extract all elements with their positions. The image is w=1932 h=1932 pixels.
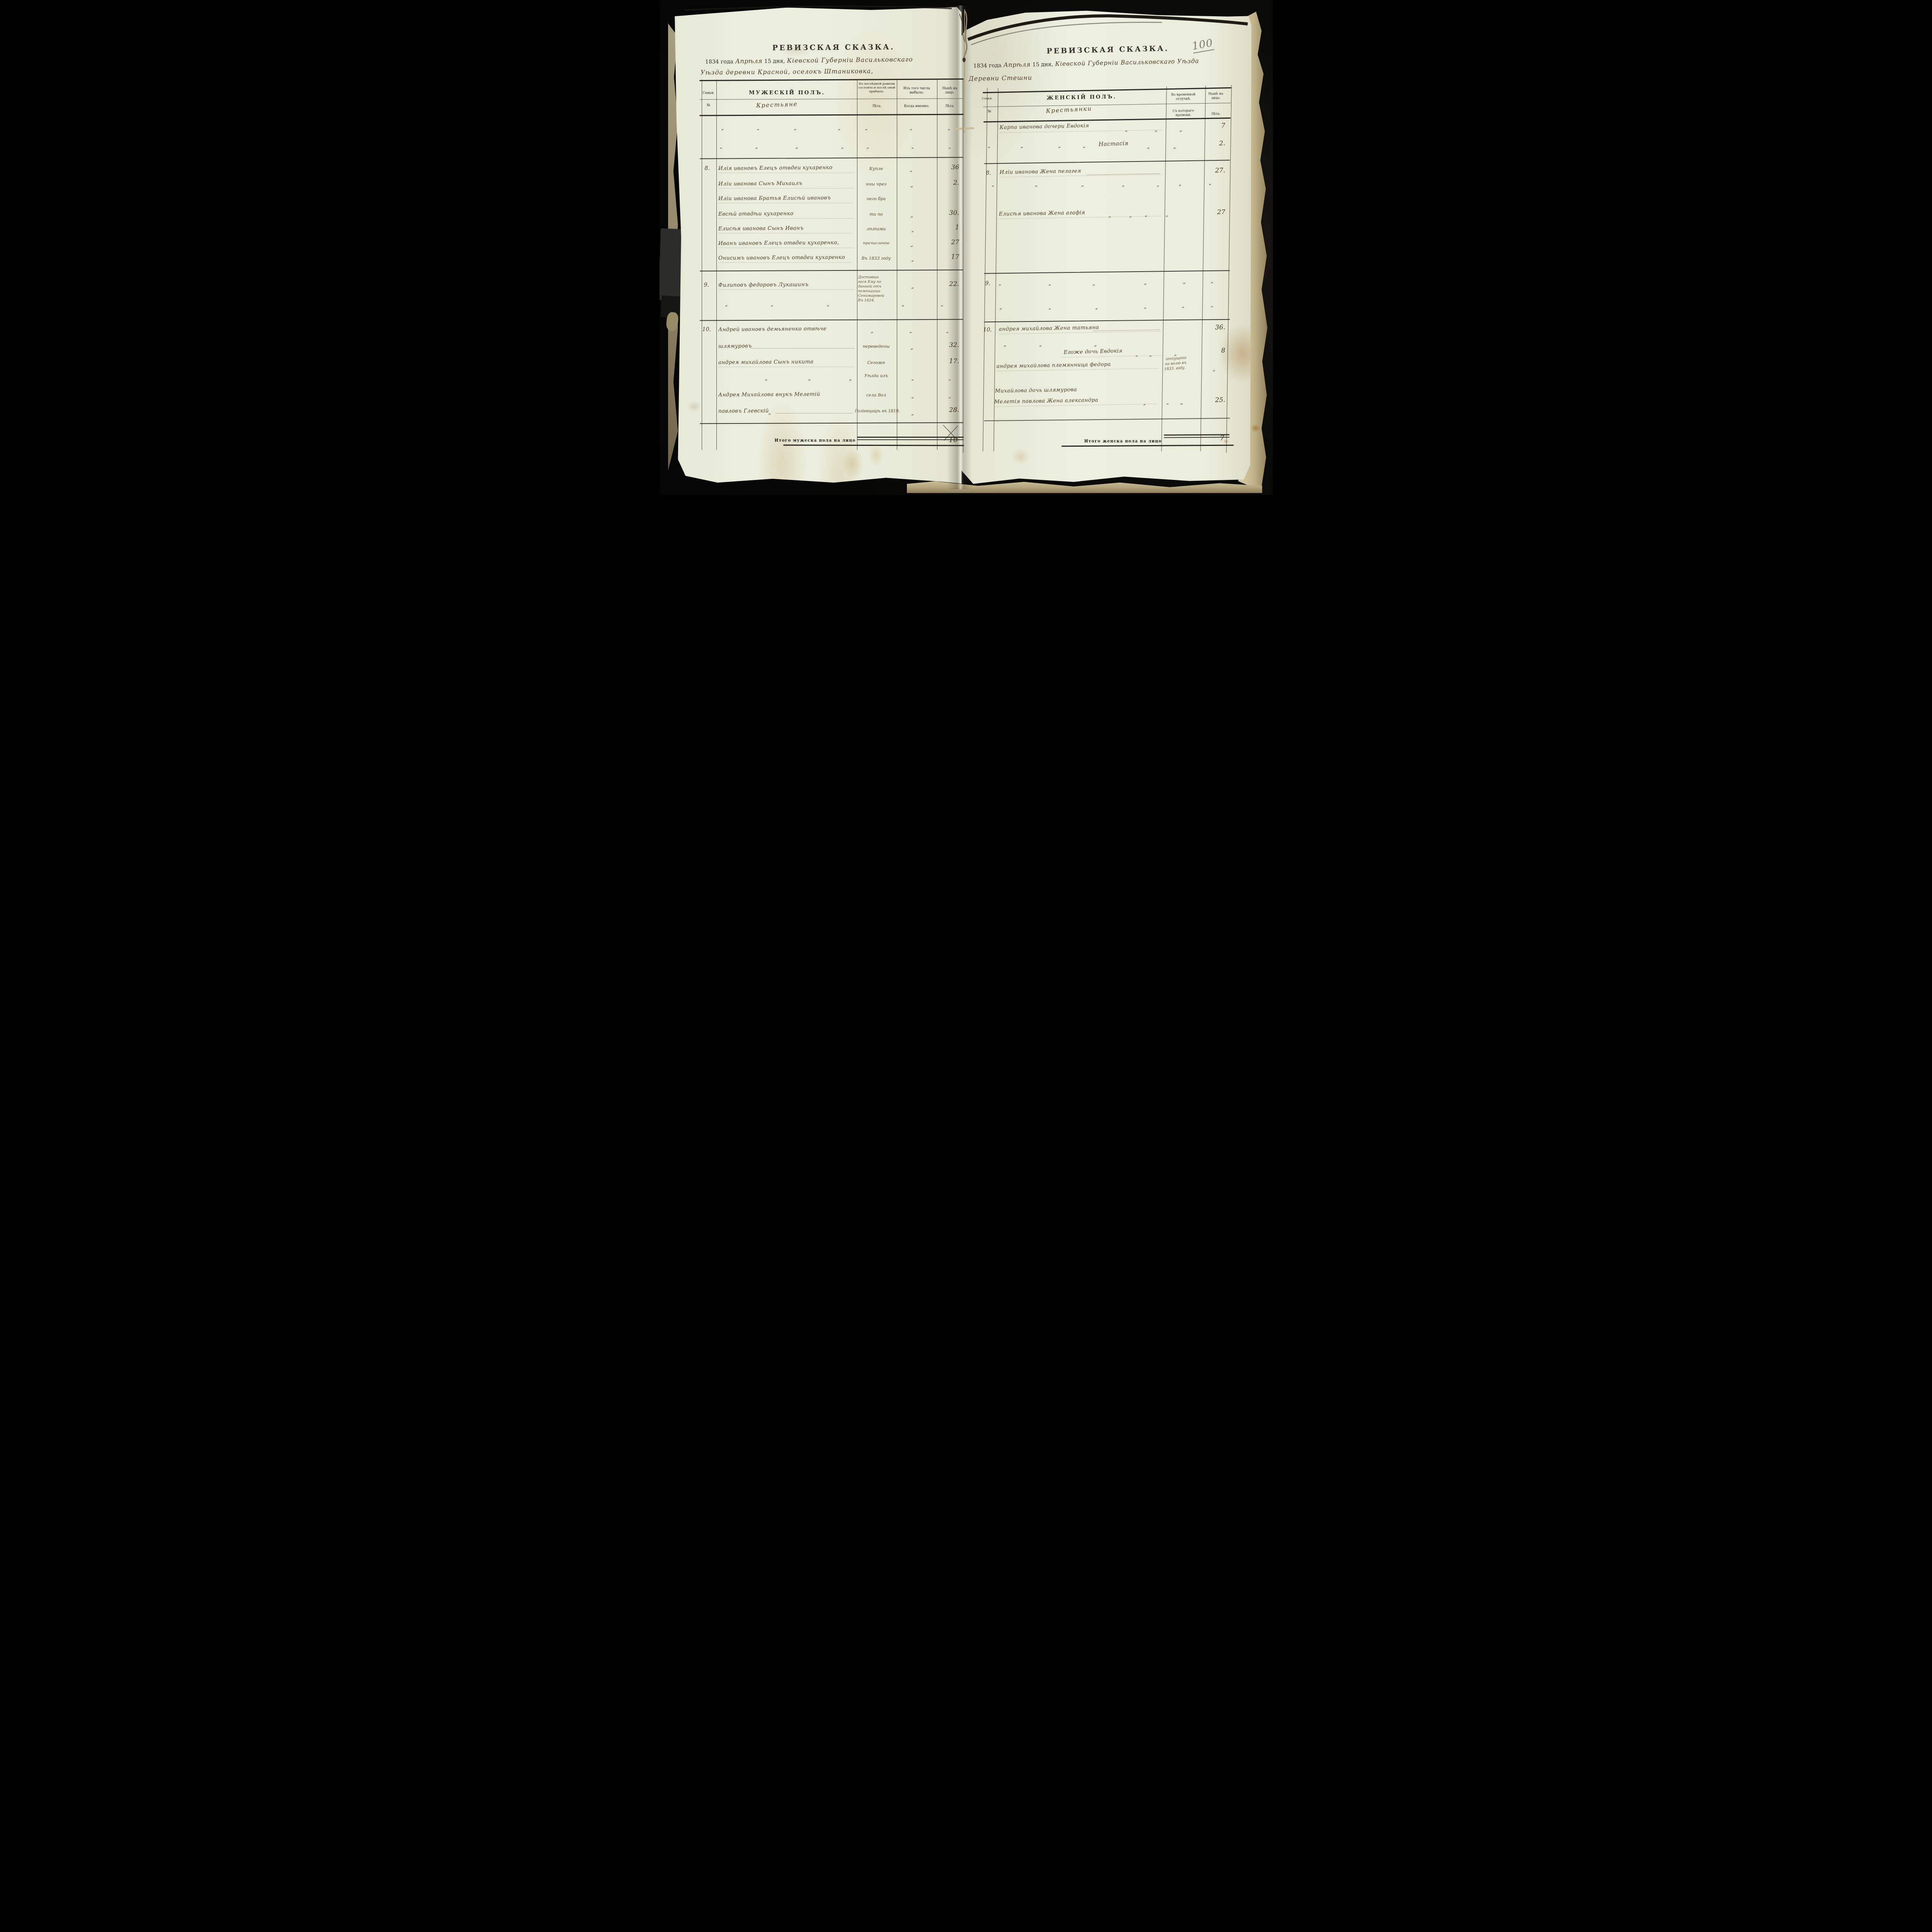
family9-note-line: Сенимаровой: [858, 294, 895, 298]
census-entry-name: шлямуровъ: [718, 343, 752, 349]
census-entry-name: павловъ Глевскій: [718, 408, 769, 414]
ditto-mark: „: [1180, 400, 1183, 405]
family9-note-line: Въ 1824.: [858, 298, 895, 303]
ditto-mark: „: [912, 257, 914, 262]
left-col-sex: МУЖЕСКІЙ ПОЛЪ.: [718, 90, 856, 96]
ditto-mark: „: [1083, 143, 1086, 149]
ditto-mark: „: [949, 144, 951, 150]
entry-age: 32.: [937, 341, 959, 349]
ditto-mark: „: [1109, 213, 1111, 218]
entry-note: ти по: [859, 212, 894, 217]
family9-note-line: гося Ему по: [858, 280, 895, 284]
entry-age: 25.: [1202, 396, 1225, 404]
ditto-mark: „: [1058, 143, 1061, 149]
guide-line: [718, 233, 852, 233]
left-date-day: 15 дня,: [764, 58, 785, 65]
entry-age: 36: [937, 163, 959, 171]
ditto-mark: „: [1179, 181, 1182, 187]
ditto-mark: „: [912, 227, 914, 233]
ditto-mark: „: [1213, 366, 1216, 372]
ditto-mark: „: [910, 125, 913, 131]
left-col-present: Нынѣ на лицо.: [938, 87, 962, 95]
ditto-mark: „: [871, 328, 874, 334]
ditto-mark: „: [757, 125, 760, 131]
left-col-years1: Лѣта.: [858, 104, 896, 109]
left-col-line-5: [937, 80, 937, 450]
left-col-line-1: [702, 80, 702, 450]
ditto-mark: „: [910, 328, 912, 334]
ditto-mark: „: [1182, 303, 1185, 309]
family-number: 9.: [704, 282, 709, 288]
ditto-mark: „: [948, 125, 951, 131]
ditto-mark: „: [1035, 182, 1038, 187]
left-date-region: Кіевской Губерніи Васильковскаго: [787, 56, 913, 64]
entry-note: причисленію: [857, 241, 895, 245]
ditto-mark: „: [949, 376, 951, 381]
left-col-no: №: [701, 104, 716, 108]
census-entry-name: Настасія: [1098, 140, 1128, 148]
right-date-month: Апрѣля: [1003, 61, 1030, 68]
ditto-mark: „: [1000, 304, 1002, 310]
guide-line: [718, 203, 853, 203]
left-footer-total: 10: [935, 436, 958, 444]
entry-note: лѣтами: [859, 226, 894, 231]
ditto-mark: „: [1144, 280, 1147, 286]
ditto-mark: „: [1093, 281, 1095, 286]
family9-note-line: Доставша: [858, 275, 895, 280]
ditto-mark: „: [912, 393, 914, 399]
ditto-mark: „: [838, 125, 841, 131]
guide-line: [718, 248, 854, 248]
guide-line: [718, 188, 854, 189]
ditto-mark: „: [1183, 279, 1186, 285]
ditto-mark: „: [1143, 400, 1146, 406]
right-date-day: 15 дня,: [1032, 61, 1053, 68]
family9-note-line: помѣщицы: [858, 289, 895, 294]
census-entry-name: Андрея Михайлова внукъ Мелетій: [718, 391, 820, 398]
ditto-mark: „: [1136, 352, 1138, 357]
ditto-mark: „: [1167, 400, 1169, 405]
ditto-mark: „: [992, 182, 995, 187]
census-entry-name: Илія ивановъ Елецъ отвдеи кухаренко: [718, 164, 832, 172]
ditto-mark: „: [1157, 182, 1160, 187]
ditto-mark: „: [1145, 212, 1148, 218]
ditto-mark: „: [1039, 342, 1042, 347]
census-entry-name: Елисѣя иванова Сынъ Иванъ: [718, 225, 803, 232]
ditto-mark: „: [911, 242, 913, 248]
ditto-mark: „: [867, 144, 869, 150]
filler-dash: [751, 348, 854, 349]
entry-age: 22.: [937, 280, 959, 287]
right-date-year: 1834 года: [973, 62, 1001, 69]
ditto-mark: „: [988, 143, 991, 149]
ditto-mark: „: [1021, 143, 1024, 149]
entry-age: 27: [937, 238, 959, 246]
right-footer-label: Итого женска пола на лицо: [1076, 439, 1162, 444]
ditto-mark: „: [1049, 281, 1051, 286]
ditto-mark: „: [910, 167, 913, 173]
entry-age: 17.: [937, 357, 959, 365]
right-col-family: Семьи.: [978, 97, 996, 101]
census-entry-name: андрея михайлова Сынъ никита: [718, 359, 813, 366]
entry-note: Уѣзда изъ: [857, 373, 895, 378]
ditto-mark: „: [912, 376, 914, 381]
entry-age: 17: [937, 253, 959, 260]
ditto-mark: „: [1094, 342, 1097, 347]
guide-line: [718, 367, 854, 367]
entry-note: Голіевцицѣ въ 1819.: [855, 409, 898, 413]
census-entry-name: Андрей ивановъ демьяненко отвѣче: [718, 326, 826, 333]
ditto-mark: „: [999, 281, 1002, 286]
left-date-month: Апрѣля: [735, 57, 762, 65]
family-number: 8.: [705, 165, 710, 172]
ditto-mark: „: [911, 213, 913, 218]
ditto-mark: „: [1173, 144, 1176, 150]
left-col-departed: Изъ того числа выбыло.: [898, 87, 936, 95]
ditto-mark: „: [1082, 182, 1084, 187]
guide-line: [718, 173, 854, 173]
right-col-away: Во временной отлучкѣ.: [1164, 92, 1202, 101]
ditto-mark: „: [1166, 212, 1168, 218]
ditto-mark: „: [1174, 351, 1177, 357]
ditto-mark: „: [771, 301, 774, 307]
left-col-when: Когда именно.: [898, 104, 936, 109]
ditto-mark: „: [725, 301, 728, 307]
entry-note: него бра: [859, 196, 894, 201]
ditto-mark: „: [1144, 304, 1147, 310]
census-entry-name: Онисимъ ивановъ Елецъ отвдеи кухаренко: [718, 254, 845, 261]
left-footer-label: Итого мужеска пола на лицо: [771, 438, 856, 443]
entry-note: Сегоже: [857, 360, 895, 365]
guide-line: [718, 262, 851, 263]
ditto-mark: „: [1211, 278, 1214, 284]
guide-line: [718, 289, 854, 290]
ditto-mark: „: [720, 144, 723, 150]
entry-age: 30.: [937, 209, 959, 216]
ditto-mark: „: [796, 144, 798, 150]
revision-list-book-scan: РЕВИЗСКАЯ СКАЗКА. 1834 года Апрѣля 15 дн…: [660, 0, 1273, 495]
entry-note: переведены: [857, 344, 895, 349]
census-entry-name: Филиповъ федоровъ Лукашинъ: [718, 281, 808, 288]
ditto-mark: „: [849, 376, 852, 381]
ditto-mark: „: [949, 393, 951, 399]
left-col-revision: По послѣдней ревизіи состояло и послѣ он…: [858, 82, 896, 93]
entry-age: 28.: [937, 406, 959, 413]
left-date-year: 1834 года: [705, 59, 733, 65]
entry-age: 27.: [1202, 167, 1225, 174]
entry-age: 7: [1202, 122, 1225, 129]
ditto-mark: „: [1211, 302, 1214, 308]
ditto-mark: „: [794, 125, 797, 131]
entry-note: Купле: [859, 166, 894, 171]
left-page-title: РЕВИЗСКАЯ СКАЗКА.: [733, 43, 934, 53]
entry-note: села Вол: [857, 393, 895, 398]
ditto-mark: „: [946, 328, 949, 334]
family-number: 10.: [702, 327, 711, 333]
ditto-mark: „: [1095, 304, 1098, 310]
entry-note: Въ 1833 году: [857, 256, 895, 261]
left-col-line-4: [897, 80, 897, 450]
entry-age: 2.: [937, 179, 959, 186]
left-col-family: Семьи.: [700, 91, 717, 95]
ditto-mark: „: [1004, 342, 1007, 347]
entry-age: 2.: [1202, 139, 1225, 147]
entry-age: 8: [1202, 347, 1225, 354]
family-number: 9.: [985, 281, 990, 287]
ditto-mark: „: [911, 182, 913, 188]
ditto-mark: „: [1129, 213, 1132, 218]
right-col-present: Нынѣ на лицо.: [1203, 92, 1228, 100]
ditto-mark: „: [827, 301, 830, 307]
left-col-line-2: [716, 80, 717, 450]
ditto-mark: „: [1049, 304, 1051, 310]
right-col-no: №: [984, 110, 995, 114]
ditto-mark: „: [1150, 352, 1152, 357]
ditto-mark: „: [755, 144, 758, 150]
ditto-mark: „: [941, 301, 944, 307]
ditto-mark: „: [1180, 127, 1182, 133]
right-date-line2: Деревни Стешни: [968, 74, 1032, 82]
census-entry-name: Иліи иванова Сынъ Михаилъ: [718, 180, 802, 187]
census-entry-name: Иванъ ивановъ Елецъ отвдеи кухаренко,: [718, 240, 839, 247]
entry-age: 1: [937, 224, 959, 231]
ditto-mark: „: [912, 144, 914, 150]
ditto-mark: „: [1209, 180, 1212, 186]
ditto-mark: „: [1147, 144, 1150, 150]
family-number: 8.: [986, 170, 991, 176]
entry-age: 36.: [1202, 323, 1225, 331]
filler-dash: [776, 413, 853, 413]
ditto-mark: „: [911, 345, 913, 350]
ditto-mark: „: [1125, 127, 1128, 133]
entry-note: нны чрез: [859, 182, 894, 187]
ditto-mark: „: [721, 125, 724, 131]
ditto-mark: „: [865, 125, 868, 131]
guide-line: [718, 218, 854, 219]
left-col-names-cursive: Крестьяне: [756, 100, 798, 109]
ditto-mark: „: [1122, 182, 1125, 187]
ditto-mark: „: [841, 144, 844, 150]
ditto-mark: „: [902, 301, 905, 307]
right-col-years: Лѣта.: [1203, 112, 1228, 116]
right-footer-total: 7: [1202, 434, 1225, 442]
census-entry-name: Евсѣй отвдѣи кухаренко: [718, 211, 793, 217]
ditto-mark: „: [769, 410, 771, 415]
family9-note-line: данной отъ: [858, 284, 895, 289]
family-number: 10.: [983, 327, 992, 333]
entry-age: 27: [1202, 208, 1225, 216]
right-col-since: Съ котораго времени.: [1164, 109, 1202, 117]
ditto-mark: „: [912, 410, 914, 416]
ditto-mark: „: [808, 376, 811, 381]
left-col-years2: Лѣта.: [938, 104, 962, 109]
ditto-mark: „: [765, 376, 768, 381]
left-col-line-6: [963, 80, 963, 453]
left-date-line2: Уѣзда деревни Красной, оселокъ Штаниковк…: [700, 67, 873, 76]
ditto-mark: „: [912, 284, 914, 289]
census-entry-name: Иліи иванова Братья Елисѣй ивановъ: [718, 195, 830, 202]
